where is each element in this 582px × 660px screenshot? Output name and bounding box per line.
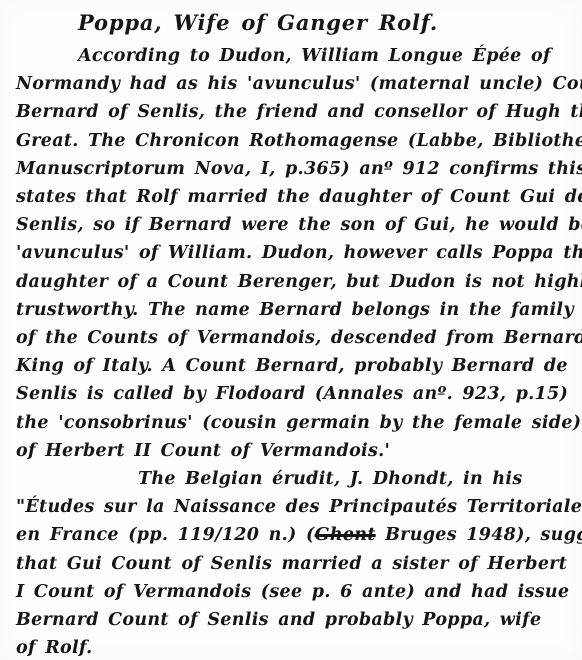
text-line: that Gui Count of Senlis married a siste… <box>16 550 570 578</box>
text-line: of Rolf. <box>16 634 570 660</box>
text-line: "Études sur la Naissance des Principauté… <box>16 493 570 521</box>
struck-word: Ghent <box>315 525 376 545</box>
text-line: Senlis is called by Flodoard (Annales an… <box>16 380 570 408</box>
line-segment-pre: en France (pp. 119/120 n.) ( <box>16 525 315 545</box>
text-line: I Count of Vermandois (see p. 6 ante) an… <box>16 578 570 606</box>
text-line: Bernard Count of Senlis and probably Pop… <box>16 606 570 634</box>
text-line: the 'consobrinus' (cousin germain by the… <box>16 409 570 437</box>
text-line: of Herbert II Count of Vermandois.' <box>16 437 570 465</box>
text-line: of the Counts of Vermandois, descended f… <box>16 324 570 352</box>
text-line: daughter of a Count Berenger, but Dudon … <box>16 268 570 296</box>
text-line: states that Rolf married the daughter of… <box>16 183 570 211</box>
text-line-with-strikeout: en France (pp. 119/120 n.) (Ghent Bruges… <box>16 521 570 549</box>
page-title: Poppa, Wife of Ganger Rolf. <box>16 6 570 40</box>
text-line: Normandy had as his 'avunculus' (materna… <box>16 70 570 98</box>
text-line: trustworthy. The name Bernard belongs in… <box>16 296 570 324</box>
manuscript-page: Poppa, Wife of Ganger Rolf. According to… <box>0 0 582 660</box>
text-line: Manuscriptorum Nova, I, p.365) anº 912 c… <box>16 155 570 183</box>
text-line: Bernard of Senlis, the friend and consel… <box>16 98 570 126</box>
line-segment-post: Bruges 1948), suggests <box>376 525 582 545</box>
text-line: 'avunculus' of William. Dudon, however c… <box>16 239 570 267</box>
manuscript-body: According to Dudon, William Longue Épée … <box>16 42 570 660</box>
text-line: Great. The Chronicon Rothomagense (Labbe… <box>16 127 570 155</box>
text-line: King of Italy. A Count Bernard, probably… <box>16 352 570 380</box>
text-line: Senlis, so if Bernard were the son of Gu… <box>16 211 570 239</box>
text-line: According to Dudon, William Longue Épée … <box>16 42 570 70</box>
text-line: The Belgian érudit, J. Dhondt, in his <box>16 465 570 493</box>
